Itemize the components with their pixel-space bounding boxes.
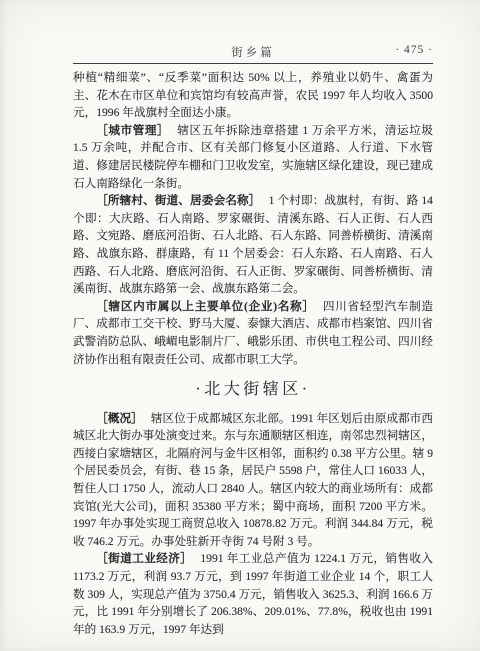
paragraph-text: 1 个村即：战旗村，有街、路 14 个即：大庆路、石人南路、罗家碾街、清溪东路、… bbox=[73, 194, 433, 295]
paragraph-overview: ［概况］辖区位于成都城区东北部。1991 年区划后由原成都市西城区北大街办事处演… bbox=[73, 410, 433, 551]
paragraph-major-units: ［辖区内市属以上主要单位(企业)名称］四川省轻型汽车制造厂、成都市工交干校、野马… bbox=[73, 298, 433, 368]
paragraph-continuation: 种植“精细菜”、“反季菜”面积达 50% 以上，养殖业以奶牛、禽蛋为主、花木在市… bbox=[73, 69, 433, 122]
text-column: 街乡篇 · 475 · 种植“精细菜”、“反季菜”面积达 50% 以上，养殖业以… bbox=[73, 44, 433, 638]
paragraph-villages-streets: ［所辖村、街道、居委会名称］1 个村即：战旗村，有街、路 14 个即：大庆路、石… bbox=[73, 192, 433, 298]
body-text: 种植“精细菜”、“反季菜”面积达 50% 以上，养殖业以奶牛、禽蛋为主、花木在市… bbox=[73, 69, 433, 638]
paragraph-label: ［概况］ bbox=[96, 412, 143, 425]
page-header: 街乡篇 · 475 · bbox=[73, 44, 433, 60]
paragraph-label: ［所辖村、街道、居委会名称］ bbox=[96, 194, 260, 207]
page-number: · 475 · bbox=[395, 44, 433, 56]
paragraph-label: ［街道工业经济］ bbox=[96, 552, 192, 565]
paragraph-text: 种植“精细菜”、“反季菜”面积达 50% 以上，养殖业以奶牛、禽蛋为主、花木在市… bbox=[73, 71, 433, 119]
paragraph-text: 辖区位于成都城区东北部。1991 年区划后由原成都市西城区北大街办事处演变过来。… bbox=[73, 412, 433, 548]
paragraph-label: ［城市管理］ bbox=[96, 124, 169, 137]
header-rule bbox=[73, 63, 433, 64]
paragraph-label: ［辖区内市属以上主要单位(企业)名称］ bbox=[96, 300, 315, 313]
scanned-book-page: 街乡篇 · 475 · 种植“精细菜”、“反季菜”面积达 50% 以上，养殖业以… bbox=[0, 0, 480, 651]
paragraph-street-industry: ［街道工业经济］1991 年工业总产值为 1224.1 万元，销售收入 1173… bbox=[73, 550, 433, 638]
section-title-beidajie: ·北大街辖区· bbox=[73, 381, 433, 399]
chapter-title: 街乡篇 bbox=[73, 44, 433, 60]
paragraph-city-management: ［城市管理］辖区五年拆除违章搭建 1 万余平方米，清运垃圾 1.5 万余吨，并配… bbox=[73, 122, 433, 192]
